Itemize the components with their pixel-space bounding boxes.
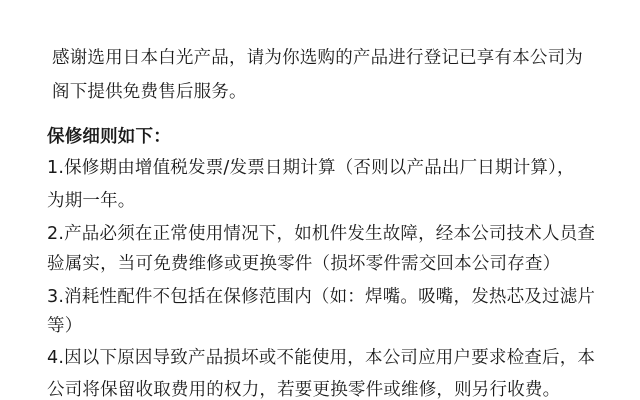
clause-line: 验属实，当可免费维修或更换零件（损坏零件需交回本公司存查） (47, 253, 560, 275)
clause-line: 等） (47, 315, 82, 337)
clause-line: 为期一年。 (47, 190, 136, 212)
clause-line: 4.因以下原因导致产品损坏或不能使用，本公司应用户要求检查后，本 (47, 347, 595, 369)
intro-line-1: 感谢选用日本白光产品，请为你选购的产品进行登记已享有本公司为 (52, 47, 583, 69)
clause-line: 2.产品必须在正常使用情况下，如机件发生故障，经本公司技术人员查 (47, 223, 595, 245)
section-heading: 保修细则如下： (47, 126, 171, 148)
clause-line: 1.保修期由增值税发票/发票日期计算（否则以产品出厂日期计算）， (47, 157, 575, 179)
clause-line: 3.消耗性配件不包括在保修范围内（如：焊嘴。吸嘴，发热芯及过滤片 (47, 286, 595, 308)
clause-line: 公司将保留收取费用的权力，若要更换零件或维修，则另行收费。 (47, 379, 560, 400)
intro-line-2: 阁下提供免费售后服务。 (52, 81, 247, 103)
